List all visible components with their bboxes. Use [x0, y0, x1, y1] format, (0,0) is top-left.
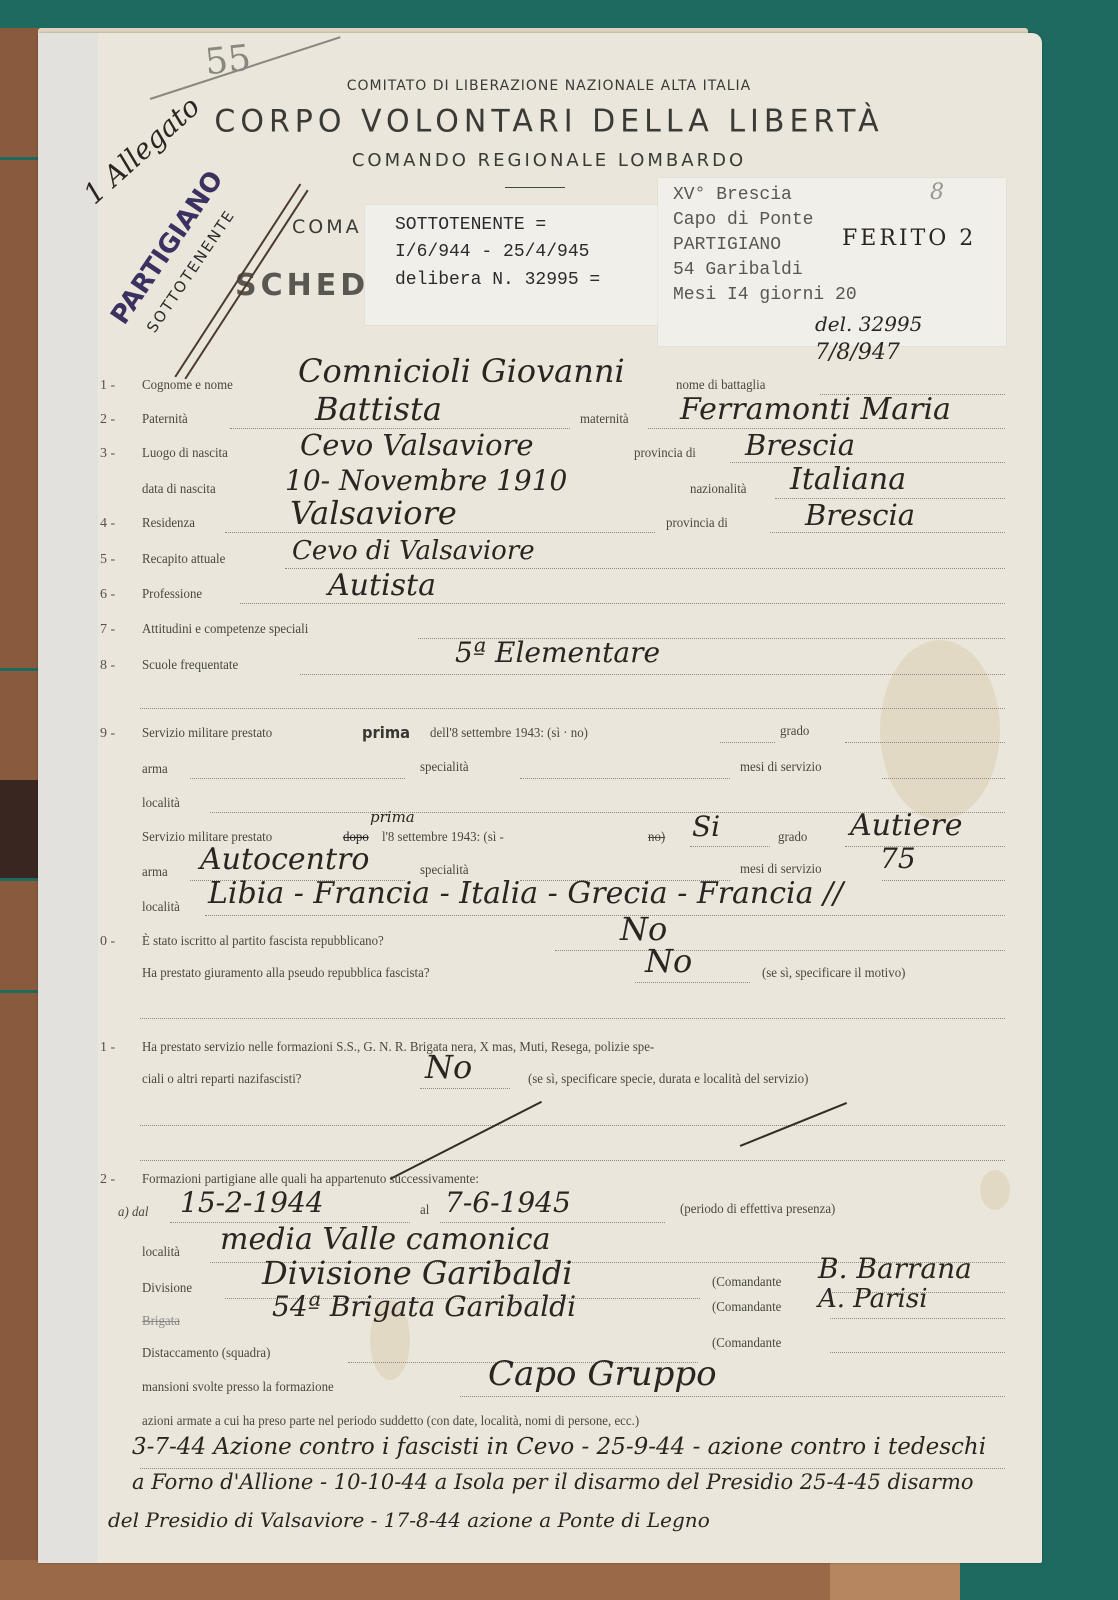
- field-line: [140, 1125, 1005, 1126]
- field-label-birthplace: Luogo di nascita: [142, 446, 228, 462]
- field-line: [140, 708, 1005, 709]
- field-number: 2 -: [100, 1172, 115, 1188]
- label-corner-mark: 8: [930, 180, 944, 205]
- field-label-maternity: maternità: [580, 412, 629, 428]
- header-title: CORPO VOLONTARI DELLA LIBERTÀ: [0, 103, 1108, 140]
- field-line: [830, 1352, 1005, 1353]
- field-label-arm-before: arma: [142, 762, 168, 778]
- label-delibera-handwritten: del. 32995: [815, 312, 922, 336]
- field-line: [225, 532, 655, 533]
- field-line: [882, 778, 1005, 779]
- field-label-service-after-suffix: l'8 settembre 1943: (sì -: [382, 830, 504, 846]
- label-ferito-handwritten: FERITO 2: [842, 226, 976, 251]
- field-value-place-after: Libia - Francia - Italia - Grecia - Fran…: [208, 876, 843, 911]
- label-duration: Mesi I4 giorni 20: [673, 285, 857, 305]
- field-line: [190, 778, 405, 779]
- field-label-commander-1: (Comandante: [712, 1275, 781, 1291]
- struck-no: no): [648, 830, 665, 846]
- header-partial-scheda: SCHED: [235, 268, 369, 303]
- field-line: [555, 950, 1005, 951]
- field-label-fascist-party: È stato iscritto al partito fascista rep…: [142, 934, 384, 950]
- field-label-profession: Professione: [142, 587, 202, 603]
- label-delibera: delibera N. 32995 =: [395, 270, 600, 290]
- field-note-nazifascist-service: (se sì, specificare specie, durata e loc…: [528, 1072, 808, 1088]
- field-value-maternity: Ferramonti Maria: [680, 392, 951, 427]
- field-line: [690, 846, 770, 847]
- field-value-months-after: 75: [880, 842, 916, 875]
- field-number: 1 -: [100, 1040, 115, 1056]
- field-number: 1 -: [100, 378, 115, 394]
- field-label-service-before-prefix: Servizio militare prestato: [142, 726, 272, 742]
- background-top: [0, 0, 1118, 30]
- background-bottom-right: [960, 1560, 1118, 1600]
- field-label-commander-3: (Comandante: [712, 1336, 781, 1352]
- field-line: [420, 1088, 510, 1089]
- field-line: [830, 1318, 1005, 1319]
- field-label-schools: Scuole frequentate: [142, 658, 238, 674]
- field-line: [720, 742, 775, 743]
- field-label-residence-province: provincia di: [666, 516, 728, 532]
- field-note-period: (periodo di effettiva presenza): [680, 1202, 835, 1218]
- field-line: [770, 532, 1005, 533]
- field-line: [635, 982, 750, 983]
- field-value-service-after: Si: [692, 810, 720, 843]
- field-number: 9 -: [100, 726, 115, 742]
- label-partigiano: PARTIGIANO: [673, 235, 781, 255]
- field-number: 5 -: [100, 552, 115, 568]
- header-rule: [505, 187, 565, 188]
- field-value-nazifascist-service: No: [425, 1048, 472, 1086]
- field-line: [140, 1160, 1005, 1161]
- field-value-paternity: Battista: [315, 390, 442, 428]
- field-line: [140, 1018, 1005, 1019]
- field-label-place-before: località: [142, 796, 180, 812]
- field-label-commander-2: (Comandante: [712, 1300, 781, 1316]
- field-value-from: 15-2-1944: [180, 1186, 324, 1219]
- field-number: 8 -: [100, 658, 115, 674]
- correction-prima: prima: [370, 808, 415, 826]
- field-number: 2 -: [100, 412, 115, 428]
- field-label-birthdate: data di nascita: [142, 482, 216, 498]
- field-line: [882, 880, 1005, 881]
- field-number: 0 -: [100, 934, 115, 950]
- field-value-locality: media Valle camonica: [220, 1222, 551, 1257]
- field-value-residence-province: Brescia: [805, 498, 915, 532]
- field-value-brigade: 54ª Brigata Garibaldi: [272, 1290, 576, 1323]
- field-value-surname: Comnicioli Giovanni: [298, 352, 625, 390]
- field-label-months-before: mesi di servizio: [740, 760, 822, 776]
- field-value-birthdate: 10- Novembre 1910: [285, 464, 567, 497]
- field-line: [845, 742, 1005, 743]
- label-rank: SOTTOTENENTE =: [395, 215, 546, 235]
- field-value-duties: Capo Gruppo: [488, 1354, 717, 1394]
- field-label-surname: Cognome e nome: [142, 378, 233, 394]
- field-label-province: provincia di: [634, 446, 696, 462]
- field-value-schools: 5ª Elementare: [455, 636, 660, 669]
- field-line: [205, 915, 1005, 916]
- field-number: 4 -: [100, 516, 115, 532]
- field-value-commander-2: A. Parisi: [818, 1284, 928, 1314]
- field-label-nationality: nazionalità: [690, 482, 747, 498]
- field-label-nazifascist-service-cont: ciali o altri reparti nazifascisti?: [142, 1072, 301, 1088]
- field-label-skills: Attitudini e competenze speciali: [142, 622, 308, 638]
- paper-stain: [980, 1170, 1010, 1210]
- field-label-brigade: Brigata: [142, 1314, 180, 1330]
- field-number: 3 -: [100, 446, 115, 462]
- field-line: [240, 603, 1005, 604]
- field-label-service-before-bold: prima: [362, 723, 410, 742]
- field-label-rank-before: grado: [780, 724, 809, 740]
- field-value-residence: Valsaviore: [290, 494, 457, 532]
- field-label-duties: mansioni svolte presso la formazione: [142, 1380, 334, 1396]
- label-period: I/6/944 - 25/4/945: [395, 242, 589, 262]
- field-value-division: Divisione Garibaldi: [262, 1254, 573, 1292]
- armed-actions-line-2: a Forno d'Allione - 10-10-44 a Isola per…: [132, 1470, 974, 1494]
- field-line: [520, 778, 730, 779]
- field-label-to: al: [420, 1203, 429, 1219]
- label-date-handwritten: 7/8/947: [815, 340, 900, 365]
- field-value-profession: Autista: [328, 568, 436, 603]
- label-garibaldi: 54 Garibaldi: [673, 260, 803, 280]
- field-label-locality: località: [142, 1245, 180, 1261]
- field-label-place-after: località: [142, 900, 180, 916]
- field-value-nationality: Italiana: [790, 462, 906, 497]
- header-subtitle: COMANDO REGIONALE LOMBARDO: [0, 150, 1108, 171]
- page-number: 55: [203, 38, 253, 84]
- field-line: [300, 674, 1005, 675]
- field-label-residence: Residenza: [142, 516, 195, 532]
- field-label-oath: Ha prestato giuramento alla pseudo repub…: [142, 966, 430, 982]
- field-label-armed-actions: azioni armate a cui ha preso parte nel p…: [142, 1414, 639, 1430]
- field-number: 7 -: [100, 622, 115, 638]
- field-line: [460, 1396, 1005, 1397]
- field-value-rank-after: Autiere: [850, 808, 963, 843]
- header-partial-comando: COMA: [292, 216, 362, 238]
- field-value-to: 7-6-1945: [445, 1186, 571, 1219]
- header-committee: COMITATO DI LIBERAZIONE NAZIONALE ALTA I…: [0, 78, 1108, 94]
- label-brigade: XV° Brescia: [673, 185, 792, 205]
- field-value-birthplace: Cevo Valsaviore: [300, 428, 534, 462]
- field-label-nazifascist-service: Ha prestato servizio nelle formazioni S.…: [142, 1040, 654, 1056]
- field-label-rank-after: grado: [778, 830, 807, 846]
- field-label-paternity: Paternità: [142, 412, 188, 428]
- field-value-arm-after: Autocentro: [200, 842, 369, 877]
- field-number: 6 -: [100, 587, 115, 603]
- field-label-specialty-before: specialità: [420, 760, 469, 776]
- field-label-address: Recapito attuale: [142, 552, 225, 568]
- field-line: [140, 1468, 1005, 1469]
- paper-left-fold: [38, 33, 98, 1563]
- field-value-province: Brescia: [745, 428, 855, 462]
- field-value-address: Cevo di Valsaviore: [292, 536, 535, 566]
- field-label-from: a) dal: [118, 1205, 148, 1221]
- field-label-service-before-suffix: dell'8 settembre 1943: (sì · no): [430, 726, 588, 742]
- field-label-detachment: Distaccamento (squadra): [142, 1346, 270, 1362]
- field-value-commander-1: B. Barrana: [818, 1252, 972, 1285]
- label-location: Capo di Ponte: [673, 210, 813, 230]
- armed-actions-line-3: del Presidio di Valsaviore - 17-8-44 azi…: [108, 1508, 710, 1532]
- field-line: [845, 846, 1005, 847]
- field-note-oath: (se sì, specificare il motivo): [762, 966, 905, 982]
- paper-stain: [880, 640, 1000, 820]
- field-label-division: Divisione: [142, 1281, 192, 1297]
- field-label-arm-after: arma: [142, 865, 168, 881]
- armed-actions-line-1: 3-7-44 Azione contro i fascisti in Cevo …: [132, 1434, 986, 1460]
- field-value-oath: No: [645, 942, 692, 980]
